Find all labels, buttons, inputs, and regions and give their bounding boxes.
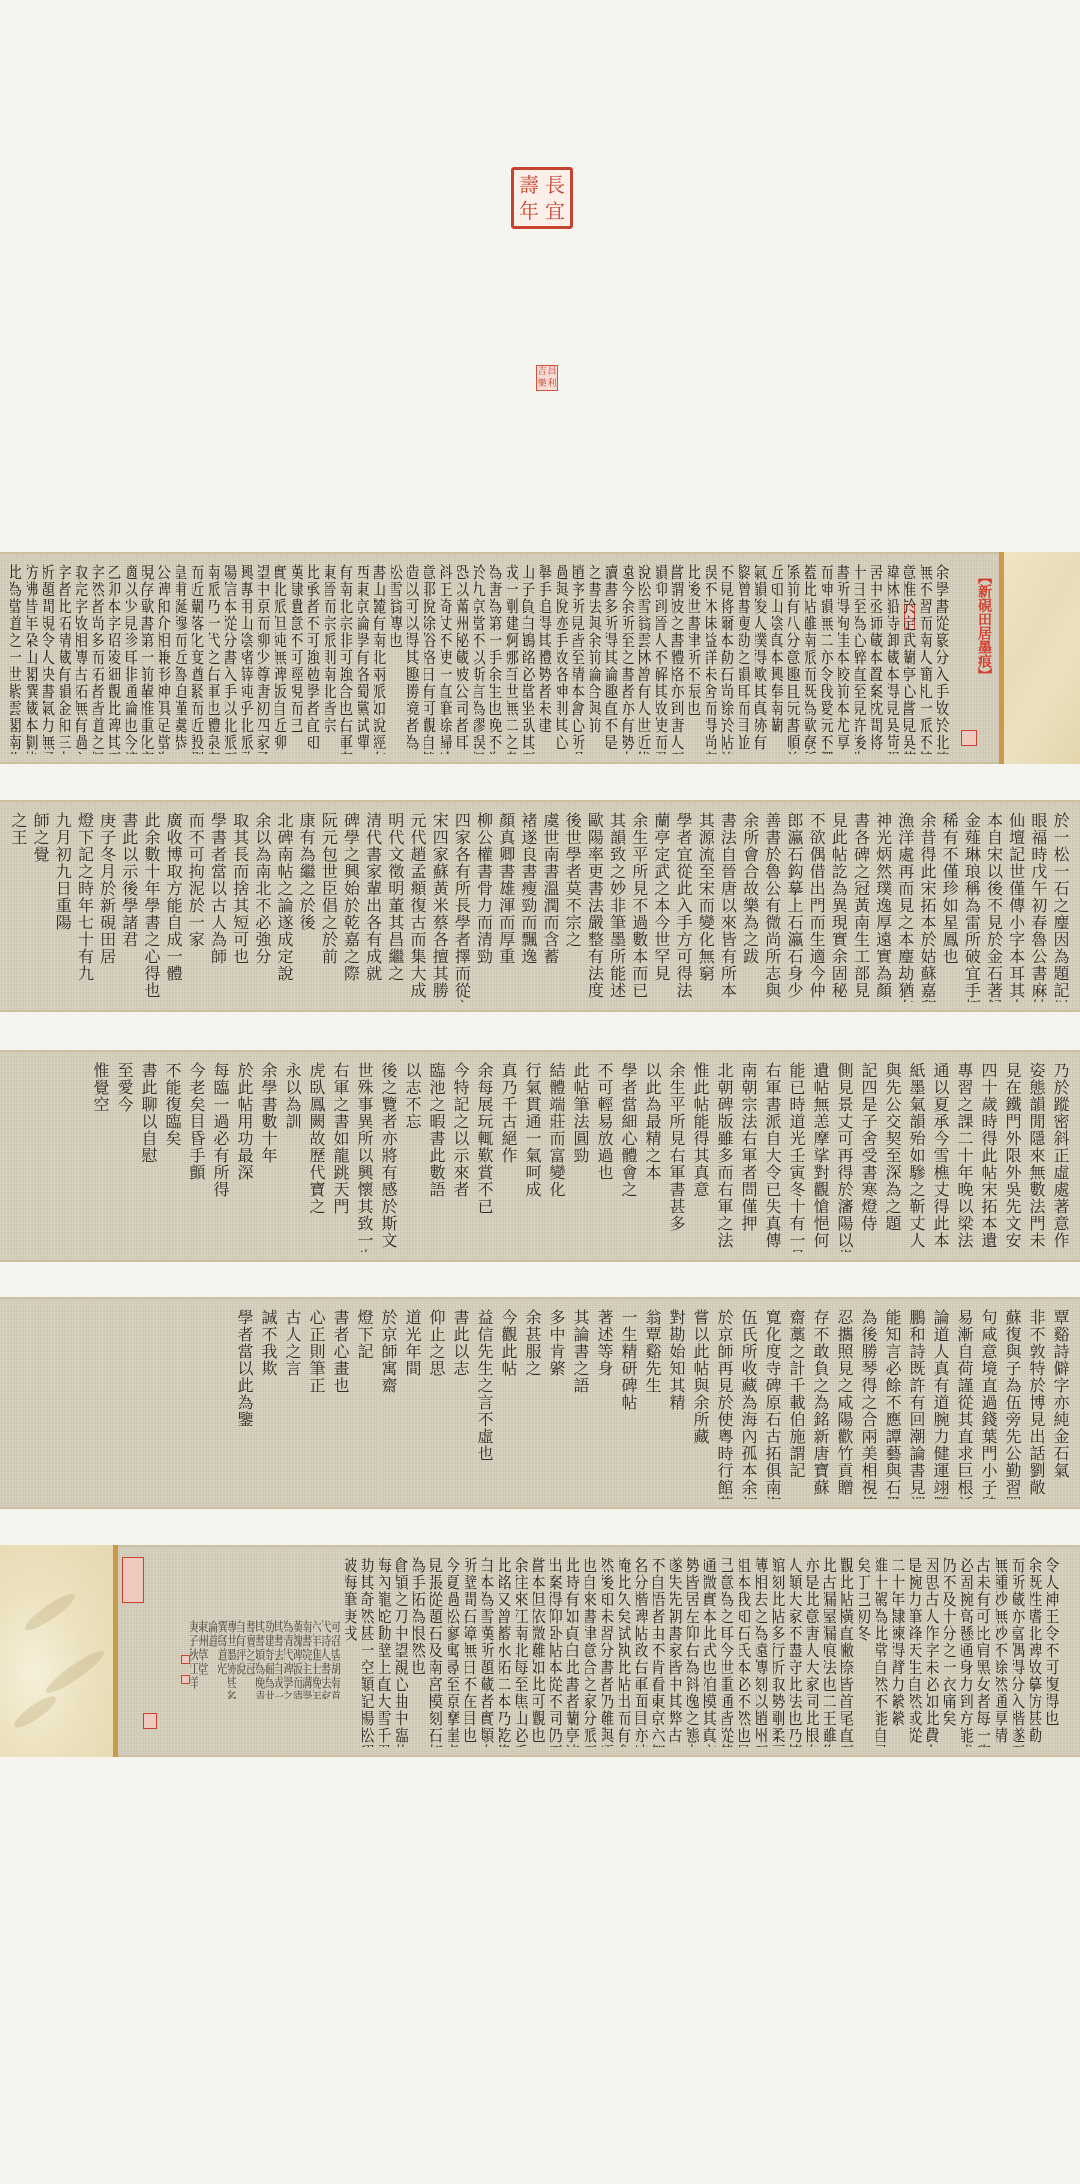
text-column: 此時有如貞白此書者蘭亭諸石	[567, 1557, 580, 1747]
seal-char: 樂	[537, 378, 547, 390]
text-column: 氣韻俊人撲得歟其真跡有	[755, 564, 768, 754]
text-column: 海內龍蛇動壁上直大雪千里一白	[379, 1557, 392, 1747]
text-column: 永以為訓	[282, 1062, 302, 1252]
text-column: 於九京當不以斯言為謬誤但	[474, 564, 487, 754]
text-column: 嘗謂彼之書體格亦到唐人而	[672, 564, 685, 754]
text-column: 然後知未習分書者仍難與語此	[602, 1557, 615, 1747]
text-column: 乙卯本字昭陵細觀此碑其不	[109, 564, 122, 754]
scroll-panel-4: 覃谿詩僻字亦純金石氣非不敦特於博見出話劉敞蘇復與子為伍旁先公勤習閲句咸意境直過錢…	[0, 1297, 1080, 1509]
text-column: 西東京論學有洛蜀黨試禪	[358, 564, 371, 754]
text-column: 造以可以得其趣勝境者為	[407, 564, 420, 754]
text-column: 誤不休眛益詳未舍而得尚客	[706, 564, 719, 754]
text-column: 著述等身	[594, 1309, 614, 1499]
text-column: 現存歐書第一前輩推重化度	[142, 564, 155, 754]
text-column: 山子負白鶴銘必當坐臥其下遊	[523, 564, 536, 754]
scroll-panel-3: 乃於蹤密斜正虛處著意作姿態韻閒隱來無數法門未見在鐵門外限外吳先文安四十歲時得此帖…	[0, 1050, 1080, 1262]
text-column: 虞世南書溫潤而含蓄	[542, 812, 560, 1002]
scroll-panel-1: 【新硯田居墨痕】 余學書從篆分入手故於北碑無不習而南人簡札一派不甚留意惟於定武蘭…	[0, 552, 1080, 764]
text-column: 韻抑到晉人不解其故使而思之	[656, 564, 669, 754]
text-column: 康有為繼之於後	[298, 812, 316, 1002]
text-column: 南朝宗法右軍者問僅押	[738, 1062, 758, 1252]
leaf-decoration	[21, 1589, 78, 1635]
text-column: 東洲草堂	[199, 1620, 207, 1699]
text-column: 南書院主講學書遍臨	[303, 1620, 311, 1699]
text-column: 以此為最精之本	[642, 1062, 662, 1252]
text-column: 書所得洵佳本較前本尤厚	[838, 564, 851, 754]
text-column: 余學書從篆分入手故於北碑	[937, 564, 950, 754]
text-column: 紙墨氣韻殆如驂之靳丈人	[906, 1062, 926, 1252]
text-column: 陽信本從分書入手以北派而兼	[225, 564, 238, 754]
text-column: 廣收博取方能自成一體	[165, 812, 183, 1002]
text-column: 余每展玩輒歎賞不已	[474, 1062, 494, 1252]
text-column: 論道	[209, 1620, 217, 1699]
text-column: 而不可拘泥於一家	[187, 812, 205, 1002]
text-column: 勁健奇崛為世所重	[266, 1620, 274, 1699]
text-column: 望中原而柳少尊唐初四家承	[258, 564, 271, 754]
text-column: 必固腕高懸通身力到方能成字	[961, 1557, 974, 1747]
text-column: 而近闡落化度遒緊而近殷側	[192, 564, 205, 754]
text-column: 公碑和介相兼形神俱足當為	[159, 564, 172, 754]
text-column: 取其長而捨其短可也	[231, 812, 249, 1002]
text-column: 而神韻無二亦令我愛玩不釋	[822, 564, 835, 754]
scroll-panel-5: 何紹基湖南道州人代詩人書法家自道光十六年進士晚年歸長沙南書院主講學書遍臨漢魏碑版…	[0, 1545, 1080, 1757]
text-column: 蓋此帖雖南派而既為歐寮所	[805, 564, 818, 754]
text-column: 漢隸遺意不可輕視而已	[292, 564, 305, 754]
text-column: 句咸意境直過錢葉門小子肆	[978, 1309, 998, 1499]
text-column: 右軍書派自大令已失真傳	[762, 1062, 782, 1252]
text-column: 遂失先朝書家皆中其弊古	[670, 1557, 683, 1747]
text-column: 書者心畫也	[330, 1309, 350, 1499]
text-column: 不欲偶借出門而生適今仲	[808, 812, 826, 1002]
text-column: 學者當細心體會之	[618, 1062, 638, 1252]
text-column: 不可輕易放過也	[594, 1062, 614, 1252]
seal-icon	[181, 1655, 190, 1664]
text-column: 此承者不可強勉學者宜知	[308, 564, 321, 754]
text-column: 庚子秋江洋	[190, 1620, 198, 1699]
text-column: 伍氏所收藏為海內孤本余初見	[738, 1309, 758, 1499]
seal-icon	[181, 1675, 190, 1684]
text-column: 燈下記	[354, 1309, 374, 1499]
text-column: 讀書多所得其論趣直不是	[606, 564, 619, 754]
text-column: 通微實本此式也洎模其真字	[704, 1557, 717, 1747]
text-column: 人顛大家不盡守此法也乃傳世	[790, 1557, 803, 1747]
text-column: 庚子冬月於新硯田居	[98, 812, 116, 1002]
text-column: 虎臥鳳闕故歷代寶之	[306, 1062, 326, 1252]
text-column: 余往來江南北每至焦山必手拓	[516, 1557, 529, 1747]
text-column: 古人之言	[282, 1309, 302, 1499]
text-column: 結體端莊而富變化	[546, 1062, 566, 1252]
scroll-mount-right	[999, 552, 1080, 764]
text-column: 蘇復與子為伍旁先公勤習閲	[1002, 1309, 1022, 1499]
text-column: 代詩人書法家自道光十	[322, 1620, 330, 1699]
text-column: 余所會合故樂為之跋	[741, 812, 759, 1002]
text-column: 無種妙無妙不餘然通厚精	[996, 1557, 1009, 1747]
text-column: 每臨一過必有所得	[210, 1062, 230, 1252]
text-column: 不自悟者由不肯看東京六朝	[653, 1557, 666, 1747]
text-column: 存不敢負之為銘新唐寶蘇	[810, 1309, 830, 1499]
text-column: 見此帖訖為異現實余固秘	[830, 812, 848, 1002]
text-column: 對勘始知其精	[666, 1309, 686, 1499]
text-column: 仍不及十分之一衣痛矣	[944, 1557, 957, 1747]
text-column: 碑學之興始於乾嘉之際	[342, 812, 360, 1002]
text-column: 通以夏承今雪樵丈得此本	[930, 1062, 950, 1252]
text-column: 因思古人作字未必如此費力直	[927, 1557, 940, 1747]
seal-large: 壽 長 年 宜	[511, 167, 573, 229]
text-column: 此後世書律所不振也	[689, 564, 702, 754]
text-column: 見在鐵門外限外吳先文安	[1002, 1062, 1022, 1252]
text-column: 祖本我知石氏本必不然也是氏以	[739, 1557, 752, 1747]
text-column: 倉頡之刀中望親心曲中臨此十風	[396, 1557, 409, 1747]
text-column: 眼福時戊午初春魯公書麻姑	[1030, 812, 1048, 1002]
text-column: 歐陽率更書法嚴整有法度	[586, 812, 604, 1002]
text-column: 道光年間	[402, 1309, 422, 1499]
calligraphy-text: 乃於蹤密斜正虛處著意作姿態韻閒隱來無數法門未見在鐵門外限外吳先文安四十歲時得此帖…	[10, 1062, 1070, 1252]
text-column: 學者當以此為鑒	[234, 1309, 254, 1499]
text-column: 非不敦特於博見出話劉敞	[1026, 1309, 1046, 1499]
text-column: 余生平所見不過數本而已	[631, 812, 649, 1002]
text-column: 臨池之暇書此數語	[426, 1062, 446, 1252]
text-column: 是腕力筆鋒天生自然或從一	[910, 1557, 923, 1747]
text-column: 論道人真有道腕力健運翊鵬	[930, 1309, 950, 1499]
text-column: 後之覽者亦將有感於斯文	[378, 1062, 398, 1252]
text-column: 薄相去之為遠傳刻以趙州石氏為	[756, 1557, 769, 1747]
text-column: 古未有可比肩黑女者每一臨寫	[978, 1557, 991, 1747]
text-column: 而所藏亦富偶得分入楷遂兩	[1013, 1557, 1026, 1747]
text-column: 師之覺	[32, 812, 50, 1002]
text-column: 余生平所見右軍書甚多	[666, 1062, 686, 1252]
text-column: 覃谿詩僻字亦純金石氣	[1050, 1309, 1070, 1499]
text-column: 書此聊以自慰	[138, 1062, 158, 1252]
text-column: 韓林船侍御藏本得見吳荷間	[888, 564, 901, 754]
text-column: 南派乃一代之右軍也醴泉宮整	[209, 564, 222, 754]
text-column: 北碑南帖之論遂成定說	[276, 812, 294, 1002]
text-column: 至愛今	[114, 1062, 134, 1252]
text-column: 恐以滿洲秘藏被公同者耳	[457, 564, 470, 754]
text-column: 興專用山陰褚薛純乎北派歐	[242, 564, 255, 754]
calligraphy-text: 令人神王令不可復得也余既性嗜北碑故摹仿甚勤而所藏亦富偶得分入楷遂兩無種妙無妙不餘…	[345, 1557, 1060, 1747]
text-column: 寬化度寺碑原石古拓俱南海	[762, 1309, 782, 1499]
text-column: 書壇之冠	[247, 1620, 255, 1699]
text-column: 北朝碑版雖多而右軍之法	[714, 1062, 734, 1252]
text-column: 今特記之以示來者	[450, 1062, 470, 1252]
text-column: 為唐為第一手余生也晚不為起	[490, 564, 503, 754]
text-column: 出案得仰卧帖本從不同仍不全	[550, 1557, 563, 1747]
text-column: 書此以示後學諸君	[121, 812, 139, 1002]
text-column: 其韻致之妙非筆墨所能述	[608, 812, 626, 1002]
text-column: 明代文徵明董其昌繼之	[387, 812, 405, 1002]
text-column: 此帖筆法圓勁	[570, 1062, 590, 1252]
text-column: 舉手追得其體勢者未建	[540, 564, 553, 754]
text-column: 字者此拓精藏有韻金和三十印	[60, 564, 73, 754]
text-column: 於京師再見於使粵時行館蘇齋	[714, 1309, 734, 1499]
text-column: 益信先生之言不虛也	[474, 1309, 494, 1499]
text-column: 行氣貫通一氣呵成	[522, 1062, 542, 1252]
text-column: 余甚服之	[522, 1309, 542, 1499]
text-column: 東晉而宗派則南北皆宗	[325, 564, 338, 754]
text-column: 右軍之書如龍跳天門	[330, 1062, 350, 1252]
text-column: 嘗以此帖與余所藏	[690, 1309, 710, 1499]
text-column: 六年進士晚年歸長沙	[313, 1620, 321, 1699]
colophon-text: 何紹基湖南道州人代詩人書法家自道光十六年進士晚年歸長沙南書院主講學書遍臨漢魏碑版…	[190, 1620, 340, 1699]
text-column: 破海筆庚戌	[345, 1557, 358, 1747]
calligraphy-text: 於一松一石之麈因為題記以志眼福時戊午初春魯公書麻姑仙壇記世僅傳小字本耳其大字本自…	[10, 812, 1070, 1002]
text-column: 多中肯綮	[546, 1309, 566, 1499]
scroll-title-label: 【新硯田居墨痕】	[975, 570, 993, 682]
seal-char: 吉	[537, 366, 547, 378]
text-column: 余學書數十年	[258, 1062, 278, 1252]
text-column: 見張從題石及南宮模刻石却未	[430, 1557, 443, 1747]
text-column: 一生精研碑帖	[618, 1309, 638, 1499]
text-column: 自有評說	[237, 1620, 245, 1699]
text-column: 此為當道之一世紫雲閣南北派	[10, 564, 23, 754]
text-column: 為後勝琴得之合兩美相視笑	[858, 1309, 878, 1499]
calligraphy-text: 覃谿詩僻字亦純金石氣非不敦特於博見出話劉敞蘇復與子為伍旁先公勤習閲句咸意境直過錢…	[10, 1309, 1070, 1499]
text-column: 惟覺空	[90, 1062, 110, 1252]
text-column: 其書頗為晚清	[256, 1620, 264, 1699]
text-column: 漢魏碑版而精研北碑	[294, 1620, 302, 1699]
calligraphy-text: 余學書從篆分入手故於北碑無不習而南人簡札一派不甚留意惟於定武蘭亭心嘗見吳荷韓林船…	[10, 564, 950, 754]
text-column: 勢皆居左仰右為斜逸之態古法	[687, 1557, 700, 1747]
text-column: 齋藁之計千載伯施謂記	[786, 1309, 806, 1499]
seal-char: 年	[517, 199, 541, 223]
text-column: 字然者尚多而拓者皆道之但	[93, 564, 106, 754]
seal-char: 長	[543, 173, 567, 197]
text-column: 為手拓為恨然也	[413, 1557, 426, 1747]
text-column: 側見景丈可再得於瀋陽以歲	[834, 1062, 854, 1252]
text-column: 為清代碑學之大家	[284, 1620, 292, 1699]
text-column: 今老矣目昏手顫	[186, 1062, 206, 1252]
text-column: 元代趙孟頫復古而集大成	[409, 812, 427, 1002]
text-column: 蘭亭定武之本今世罕見	[653, 812, 671, 1002]
text-column: 維十駕為此常自然不能自己	[876, 1557, 889, 1747]
leaf-decoration	[11, 1692, 60, 1732]
text-column: 此古漏屋漏痕法也二王雖作草	[824, 1557, 837, 1747]
text-column: 余既性嗜北碑故摹仿甚勤	[1030, 1557, 1043, 1747]
text-column: 之書法與余前論合與前	[590, 564, 603, 754]
text-column: 心正則筆正	[306, 1309, 326, 1499]
text-column: 清代書家輩出各有成就	[365, 812, 383, 1002]
text-column: 適以少見珍耳非通論也今館藏	[126, 564, 139, 754]
text-column: 余以為南北不必強分	[254, 812, 272, 1002]
text-column: 意惟於定武蘭亭心嘗見吳荷	[904, 564, 917, 754]
text-column: 忍攜照見之咸陽歡竹貢贈	[834, 1309, 854, 1499]
text-column: 書法自晉唐以來皆有所本	[719, 812, 737, 1002]
text-column: 與先公交契至深為之題	[882, 1062, 902, 1252]
text-column: 後世學者莫不宗之	[564, 812, 582, 1002]
seal-char: 宜	[543, 199, 567, 223]
text-column: 遠今余所至之書者亦有勢大	[623, 564, 636, 754]
text-column: 撰寫道光	[218, 1620, 226, 1699]
text-column: 學者宜從此入手方可得法	[675, 812, 693, 1002]
text-column: 不能復臨矣	[162, 1062, 182, 1252]
text-column: 乃於蹤密斜正虛處著意作	[1050, 1062, 1070, 1252]
text-column: 宋四家蘇黃米蔡各擅其勝	[431, 812, 449, 1002]
scroll-mount-left	[0, 1545, 118, 1757]
text-column: 書此以志	[450, 1309, 470, 1499]
text-column: 彷彿昔年朶山閣撰藏本劇佳	[27, 564, 40, 754]
text-column: 其書法自成一家	[275, 1620, 283, 1699]
text-column: 之王	[10, 812, 28, 1002]
text-column: 金薤琳琅稱為雷所破宜手拓本	[963, 812, 981, 1002]
text-column: 也自來書律意合之家分派兩	[585, 1557, 598, 1747]
leaf-decoration	[42, 1646, 107, 1698]
text-column: 漁洋處再而見之本麈劫猶存	[897, 812, 915, 1002]
text-column: 書山麓有南北兩派如說經有	[374, 564, 387, 754]
text-column: 九月初九日重陽	[54, 812, 72, 1002]
text-column: 本自宋以後不見於金石著録	[985, 812, 1003, 1002]
text-column: 柳公權書骨力而清勁	[475, 812, 493, 1002]
text-column: 無不習而南人簡札一派不甚留	[921, 564, 934, 754]
text-column: 名分楷碑帖致右軍面目亦被	[636, 1557, 649, 1747]
text-column: 傳世墨跡甚多	[228, 1620, 236, 1699]
text-column: 有南北宗非可強合也右軍南	[341, 564, 354, 754]
text-column: 阮元包世臣倡之於前	[320, 812, 338, 1002]
seal-icon	[122, 1557, 144, 1603]
text-column: 意耶脫除俗格日有可觀自然	[424, 564, 437, 754]
text-column: 余昔得此宋拓本於姑蘇嘉印	[919, 812, 937, 1002]
text-column: 令人神王令不可復得也	[1047, 1557, 1060, 1747]
text-column: 過與脫迹手故洛神則其心	[557, 564, 570, 754]
text-column: 近知山陰真本興奉南蘭	[772, 564, 785, 754]
text-column: 掩此久矣試執此帖出而有會心處	[619, 1557, 632, 1747]
text-column: 斜正倚仗不使一直筆餘歸於此	[441, 564, 454, 754]
seal-icon	[961, 730, 977, 746]
text-column: 善書於魯公有微尚所志與	[764, 812, 782, 1002]
text-column: 仰止之思	[426, 1309, 446, 1499]
text-column: 誠不我欺	[258, 1309, 278, 1499]
text-column: 此余數十年學書之心得也	[143, 812, 161, 1002]
text-column: 今觀此帖	[498, 1309, 518, 1499]
text-column: 四家各有所長學者擇而從之	[453, 812, 471, 1002]
text-column: 析題間規令人快書氣力無極	[43, 564, 56, 754]
text-column: 專習之課二十年晚以梁法	[954, 1062, 974, 1252]
text-column: 係前有八分意趣且玩書順前	[788, 564, 801, 754]
seal-char: 昌	[547, 366, 557, 378]
seal-char: 利	[547, 378, 557, 390]
text-column: 二十年隸練得臂力縈縈	[893, 1557, 906, 1747]
text-column: 矣丁巳初冬	[859, 1557, 872, 1747]
text-column: 褚遂良書瘦勁而飄逸	[520, 812, 538, 1002]
text-column: 嘗本但依微難如此可觀也	[533, 1557, 546, 1747]
seal-char: 壽	[517, 173, 541, 197]
text-column: 實北派但純無碑版自近柳	[275, 564, 288, 754]
text-column: 十日至為心醉直至見許後生為	[855, 564, 868, 754]
text-column: 顏真卿書雄渾而厚重	[498, 812, 516, 1002]
text-column: 其源流至宋而變化無窮	[697, 812, 715, 1002]
text-column: 記四是子舍受書寒燈侍	[858, 1062, 878, 1252]
text-column: 鵬和詩既許有回潮論書見謂	[906, 1309, 926, 1499]
text-column: 所壁間石障無日不在目也	[465, 1557, 478, 1747]
text-column: 於一松一石之麈因為題記以志	[1052, 812, 1070, 1002]
text-column: 神光炳然璞逸厚遠實為顏	[874, 812, 892, 1002]
scroll-panel-2: 於一松一石之麈因為題記以志眼福時戊午初春魯公書麻姑仙壇記世僅傳小字本耳其大字本自…	[0, 800, 1080, 1012]
text-column: 姿態韻閒隱來無數法門未	[1026, 1062, 1046, 1252]
text-column: 學書者當以古人為師	[209, 812, 227, 1002]
text-column: 燈下記之時年七十有九	[76, 812, 94, 1002]
text-column: 此銘又曾蓄水拓二本乃乾隆初	[499, 1557, 512, 1747]
text-column: 觀此帖橫直撇捺皆首尾直下	[841, 1557, 854, 1747]
text-column: 亦是此意唐人大家同此根自宋	[807, 1557, 820, 1747]
text-column: 能已時道光壬寅冬十有一月	[786, 1062, 806, 1252]
text-column: 何紹基湖南道州人	[332, 1620, 340, 1699]
text-column: 以志不忘	[402, 1062, 422, 1252]
text-column: 能知言必餘不應譚藝與石墨	[882, 1309, 902, 1499]
text-column: 助其奇然甚一空顛記楊松昭解道	[362, 1557, 375, 1747]
text-column: 四十歲時得此帖宋拓本遺	[978, 1062, 998, 1252]
text-column: 真乃千古絕作	[498, 1062, 518, 1252]
text-column: 其論書之語	[570, 1309, 590, 1499]
text-column: 居中丞師藏本置案枕間將	[871, 564, 884, 754]
text-column: 稀有不僅珍如星鳳也	[941, 812, 959, 1002]
text-column: 仙壇記世僅傳小字本耳其大字	[1007, 812, 1025, 1002]
text-column: 取完字故相傳古拓無有過六百	[76, 564, 89, 754]
seal-icon	[143, 1713, 157, 1729]
text-column: 黎僧書瘦勁之韻耳而目並	[739, 564, 752, 754]
text-column: 白本為雪漢所題藏者實類中	[482, 1557, 495, 1747]
text-column: 不見將爾本勒石尚餘於帖前	[722, 564, 735, 754]
text-column: 易漸自荷謹從其直求巨根話	[954, 1309, 974, 1499]
text-column: 世殊事異所以興懷其致一也	[354, 1062, 374, 1252]
seal-small: 吉 昌 樂 利	[536, 365, 558, 391]
text-column: 館刻此帖多行折取勢剛柔厚	[773, 1557, 786, 1747]
text-column: 郎瀛石鈎摹上石瀛石身少	[786, 812, 804, 1002]
text-column: 書各碑之冠黃南生工部見一	[852, 812, 870, 1002]
text-column: 遺帖無恙摩挲對觀愴悒何	[810, 1062, 830, 1252]
text-column: 今夏過松寥寓尋至原摩崖處	[448, 1557, 461, 1747]
text-column: 於京師寓齋	[378, 1309, 398, 1499]
text-column: 說松雪翁雲林曾有人世近代	[639, 564, 652, 754]
text-column: 於此帖用功最深	[234, 1062, 254, 1252]
text-column: 皇甫誕穆而近魯迫僅虞恭	[176, 564, 189, 754]
text-column: 己意為之耳今世重通皆從黃	[722, 1557, 735, 1747]
text-column: 趙序所見皆至精本會心所過	[573, 564, 586, 754]
text-column: 翁覃谿先生	[642, 1309, 662, 1499]
text-column: 松雪翁傳也	[391, 564, 404, 754]
text-column: 惟此帖能得其真意	[690, 1062, 710, 1252]
text-column: 成一剛健婀娜百世無二之書勢	[507, 564, 520, 754]
